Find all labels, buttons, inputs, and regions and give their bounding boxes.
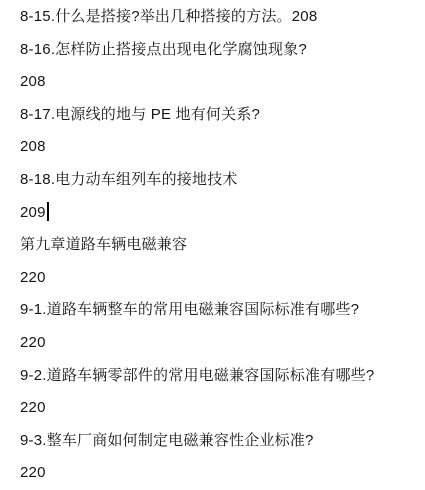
document-line[interactable]: 8-15.什么是搭接?举出几种搭接的方法。208 (20, 1, 415, 34)
line-text: 9-1.道路车辆整车的常用电磁兼容国际标准有哪些? (20, 301, 359, 318)
text-document[interactable]: 8-15.什么是搭接?举出几种搭接的方法。208 8-16.怎样防止搭接点出现电… (0, 0, 425, 490)
line-text: 8-16.怎样防止搭接点出现电化学腐蚀现象? (20, 41, 307, 58)
document-line[interactable]: 220 (20, 262, 415, 295)
document-line[interactable]: 8-18.电力动车组列车的接地技术 (20, 164, 415, 197)
document-line[interactable]: 9-1.道路车辆整车的常用电磁兼容国际标准有哪些? (20, 294, 415, 327)
line-text: 第九章道路车辆电磁兼容 (20, 236, 187, 253)
line-text: 220 (20, 464, 46, 481)
document-line[interactable]: 220 (20, 457, 415, 490)
document-line[interactable]: 208 (20, 66, 415, 99)
line-text: 220 (20, 399, 46, 416)
line-text: 8-15.什么是搭接?举出几种搭接的方法。208 (20, 8, 317, 25)
document-line[interactable]: 8-16.怎样防止搭接点出现电化学腐蚀现象? (20, 34, 415, 67)
line-text: 220 (20, 269, 46, 286)
line-text: 8-17.电源线的地与 PE 地有何关系? (20, 106, 260, 123)
line-text: 9-2.道路车辆零部件的常用电磁兼容国际标准有哪些? (20, 367, 374, 384)
document-line[interactable]: 9-2.道路车辆零部件的常用电磁兼容国际标准有哪些? (20, 360, 415, 393)
document-line[interactable]: 209 (20, 197, 415, 230)
line-text: 208 (20, 73, 46, 90)
line-text: 8-18.电力动车组列车的接地技术 (20, 171, 238, 188)
document-line[interactable]: 220 (20, 327, 415, 360)
document-line[interactable]: 220 (20, 392, 415, 425)
line-text: 9-3.整车厂商如何制定电磁兼容性企业标准? (20, 432, 314, 449)
line-text: 220 (20, 334, 46, 351)
line-text: 209 (20, 204, 46, 221)
document-line[interactable]: 8-17.电源线的地与 PE 地有何关系? (20, 99, 415, 132)
line-text: 208 (20, 138, 46, 155)
document-line[interactable]: 208 (20, 131, 415, 164)
text-cursor-caret (47, 202, 49, 221)
document-line[interactable]: 9-3.整车厂商如何制定电磁兼容性企业标准? (20, 425, 415, 458)
document-line[interactable]: 第九章道路车辆电磁兼容 (20, 229, 415, 262)
